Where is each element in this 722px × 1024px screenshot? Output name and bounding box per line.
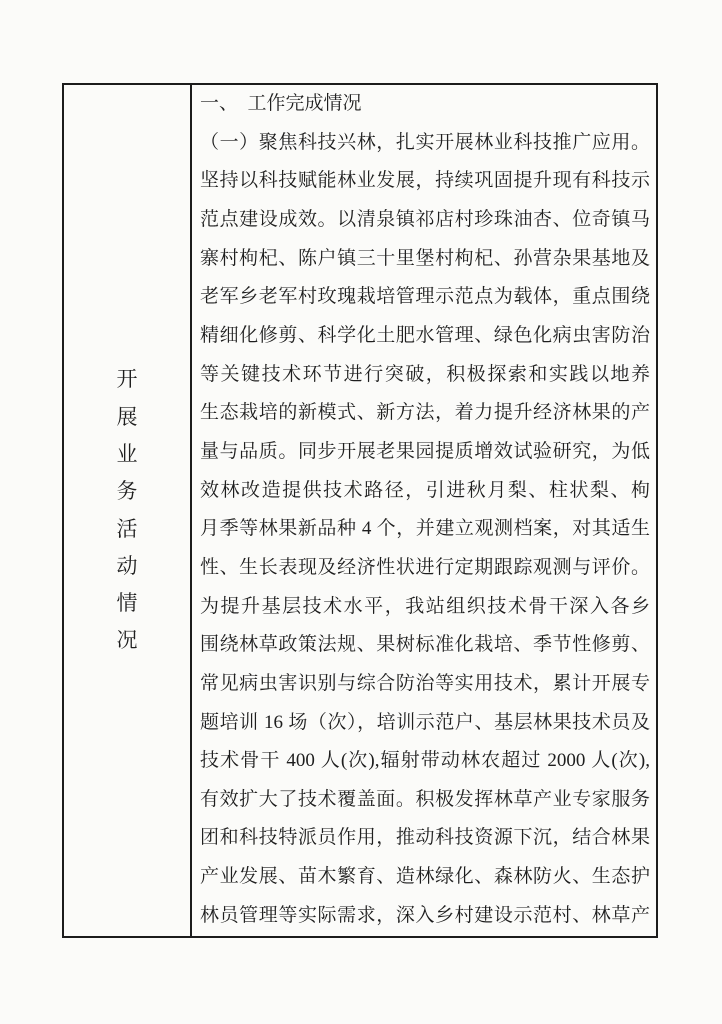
vertical-label-char: 动 <box>117 548 138 585</box>
text-line: 常见病虫害识别与综合防治等实用技术，累计开展专 <box>200 665 650 704</box>
text-line: 技术骨干 400 人(次),辐射带动林农超过 2000 人(次), <box>200 742 650 781</box>
document-page: 开展业务活动情况 一、 工作完成情况 （一）聚焦科技兴林，扎实开展林业科技推广应… <box>0 0 722 1024</box>
text-line: 寨村枸杞、陈户镇三十里堡村枸杞、孙营杂果基地及 <box>200 240 650 279</box>
vertical-label-char: 开 <box>117 361 138 398</box>
vertical-label-char: 活 <box>117 511 138 548</box>
vertical-label-char: 展 <box>117 399 138 436</box>
text-line: 题培训 16 场（次），培训示范户、基层林果技术员及 <box>200 704 650 743</box>
text-line: （一）聚焦科技兴林，扎实开展林业科技推广应用。 <box>200 124 650 163</box>
vertical-label-char: 务 <box>117 473 138 510</box>
text-line: 范点建设成效。以清泉镇祁店村珍珠油杏、位奇镇马 <box>200 201 650 240</box>
text-line: 生态栽培的新模式、新方法，着力提升经济林果的产 <box>200 394 650 433</box>
row-header-cell: 开展业务活动情况 <box>64 85 192 936</box>
vertical-label-char: 情 <box>117 585 138 622</box>
text-line: 坚持以科技赋能林业发展，持续巩固提升现有科技示 <box>200 162 650 201</box>
vertical-label-char: 业 <box>117 436 138 473</box>
text-line: 有效扩大了技术覆盖面。积极发挥林草产业专家服务 <box>200 781 650 820</box>
vertical-label-char: 况 <box>117 622 138 659</box>
body-lines: （一）聚焦科技兴林，扎实开展林业科技推广应用。坚持以科技赋能林业发展，持续巩固提… <box>200 124 650 936</box>
text-line: 月季等林果新品种 4 个，并建立观测档案，对其适生 <box>200 510 650 549</box>
text-line: 性、生长表现及经济性状进行定期跟踪观测与评价。 <box>200 549 650 588</box>
content-cell: 一、 工作完成情况 （一）聚焦科技兴林，扎实开展林业科技推广应用。坚持以科技赋能… <box>192 85 656 936</box>
report-table: 开展业务活动情况 一、 工作完成情况 （一）聚焦科技兴林，扎实开展林业科技推广应… <box>62 83 658 938</box>
text-line: 老军乡老军村玫瑰栽培管理示范点为载体，重点围绕 <box>200 278 650 317</box>
text-line: 等关键技术环节进行突破，积极探索和实践以地养林、 <box>200 356 650 395</box>
text-line: 量与品质。同步开展老果园提质增效试验研究，为低 <box>200 433 650 472</box>
text-line: 精细化修剪、科学化土肥水管理、绿色化病虫害防治 <box>200 317 650 356</box>
text-line: 效林改造提供技术路径，引进秋月梨、柱状梨、枸杞、 <box>200 472 650 511</box>
text-line: 围绕林草政策法规、果树标准化栽培、季节性修剪、 <box>200 626 650 665</box>
section-heading: 一、 工作完成情况 <box>200 85 650 124</box>
vertical-label: 开展业务活动情况 <box>117 361 138 659</box>
text-line: 为提升基层技术水平，我站组织技术骨干深入各乡镇， <box>200 588 650 627</box>
text-line: 林员管理等实际需求，深入乡村建设示范村、林草产 <box>200 897 650 936</box>
text-line: 团和科技特派员作用，推动科技资源下沉，结合林果 <box>200 819 650 858</box>
text-line: 产业发展、苗木繁育、造林绿化、森林防火、生态护 <box>200 858 650 897</box>
